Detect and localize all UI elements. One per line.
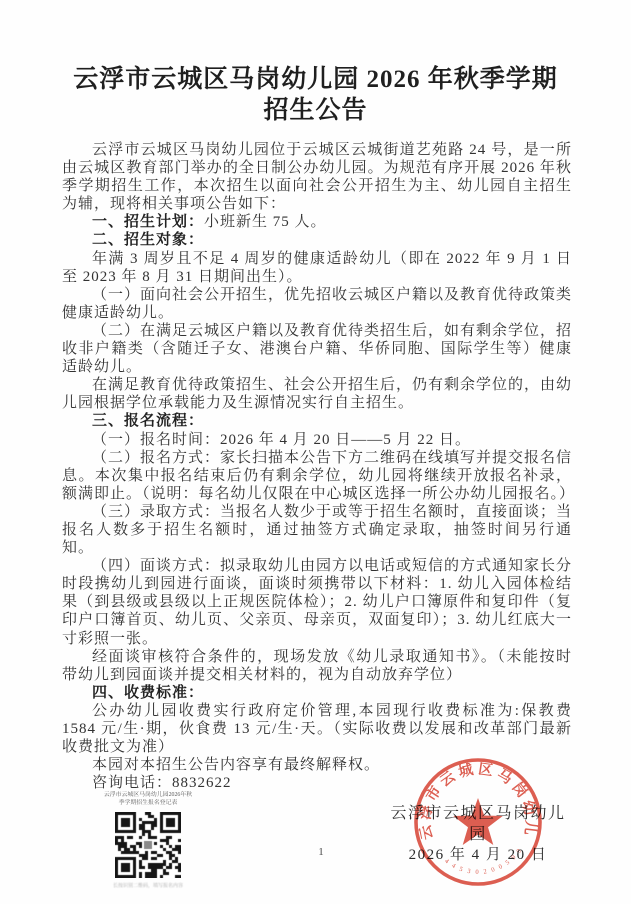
paragraph: （二）在满足云城区户籍以及教育优待类招生后，如有剩余学位，招收非户籍类（含随迁子… — [62, 322, 572, 376]
paragraph-text: （四）面谈方式：拟录取幼儿由园方以电话或短信的方式通知家长分时段携幼儿到园进行面… — [62, 558, 572, 646]
paragraph: 年满 3 周岁且不足 4 周岁的健康适龄幼儿（即在 2022 年 9 月 1 日… — [62, 250, 572, 286]
paragraph-text: 咨询电话：8832622 — [92, 775, 232, 791]
paragraph: （一）面向社会公开招生，优先招收云城区户籍以及教育优待政策类健康适龄幼儿。 — [62, 286, 572, 322]
paragraph: （一）报名时间：2026 年 4 月 20 日——5 月 22 日。 — [62, 431, 572, 449]
paragraph-lead: 三、报名流程： — [92, 412, 204, 429]
document-page: 云浮市云城区马岗幼儿园 2026 年秋季学期招生公告 云浮市云城区马岗幼儿园位于… — [0, 0, 631, 904]
paragraph: 云浮市云城区马岗幼儿园位于云城区云城街道艺苑路 24 号，是一所由云城区教育部门… — [62, 141, 572, 213]
paragraph-text: 经面谈审核符合条件的，现场发放《幼儿录取通知书》。（未能按时带幼儿到园面谈并提交… — [62, 649, 572, 683]
paragraph-text: 在满足教育优待政策招生、社会公开招生后，仍有剩余学位的，由幼儿园根据学位承载能力… — [62, 377, 572, 411]
paragraph: 在满足教育优待政策招生、社会公开招生后，仍有剩余学位的，由幼儿园根据学位承载能力… — [62, 376, 572, 412]
paragraph-text: 公办幼儿园收费实行政府定价管理,本园现行收费标准为:保教费 1584 元/生·期… — [62, 703, 572, 755]
doc-title: 云浮市云城区马岗幼儿园 2026 年秋季学期招生公告 — [0, 0, 631, 126]
paragraph: 本园对本招生公告内容享有最终解释权。 — [62, 756, 572, 774]
signature-date: 2026 年 4 月 20 日 — [383, 845, 573, 866]
doc-title-line2: 招生公告 — [263, 97, 367, 124]
page-number: 1 — [306, 846, 336, 858]
paragraph: 公办幼儿园收费实行政府定价管理,本园现行收费标准为:保教费 1584 元/生·期… — [62, 702, 572, 756]
paragraph: （二）报名方式：家长扫描本公告下方二维码在线填写并提交报名信息。本次集中报名结束… — [62, 449, 572, 503]
paragraph-text: （二）报名方式：家长扫描本公告下方二维码在线填写并提交报名信息。本次集中报名结束… — [62, 450, 575, 502]
paragraph-lead: 四、收费标准： — [92, 684, 204, 701]
paragraph: （四）面谈方式：拟录取幼儿由园方以电话或短信的方式通知家长分时段携幼儿到园进行面… — [62, 557, 572, 647]
paragraph-text: （三）录取方式：当报名人数少于或等于招生名额时，直接面谈；当报名人数多于招生名额… — [62, 504, 572, 556]
paragraph-text: （二）在满足云城区户籍以及教育优待类招生后，如有剩余学位，招收非户籍类（含随迁子… — [62, 323, 572, 375]
paragraph-lead: 二、招生对象： — [92, 231, 204, 248]
qr-caption: 云浮市云城区马岗幼儿园2026年秋 季学期招生报名登记表 — [85, 792, 210, 807]
qr-footnote: 长按识别二维码，填写报名内容 — [84, 882, 212, 889]
section-heading: 四、收费标准： — [62, 684, 572, 702]
qr-caption-line2: 季学期招生报名登记表 — [85, 800, 210, 807]
paragraph-text: 小班新生 75 人。 — [204, 214, 327, 230]
signature-org: 云浮市云城区马岗幼儿园 — [383, 803, 573, 845]
paragraph-text: 本园对本招生公告内容享有最终解释权。 — [92, 757, 380, 773]
paragraph: 咨询电话：8832622 — [62, 774, 572, 792]
signature-block: 云浮市云城区马岗幼儿园 2026 年 4 月 20 日 — [383, 803, 573, 866]
paragraph-text: 年满 3 周岁且不足 4 周岁的健康适龄幼儿（即在 2022 年 9 月 1 日… — [62, 251, 572, 285]
paragraph: 经面谈审核符合条件的，现场发放《幼儿录取通知书》。（未能按时带幼儿到园面谈并提交… — [62, 648, 572, 684]
paragraph: （三）录取方式：当报名人数少于或等于招生名额时，直接面谈；当报名人数多于招生名额… — [62, 503, 572, 557]
paragraph-text: （一）面向社会公开招生，优先招收云城区户籍以及教育优待政策类健康适龄幼儿。 — [62, 287, 572, 321]
doc-title-line1: 云浮市云城区马岗幼儿园 2026 年秋季学期 — [73, 66, 558, 93]
section-heading: 二、招生对象： — [62, 231, 572, 249]
qr-block: 云浮市云城区马岗幼儿园2026年秋 季学期招生报名登记表 长按识别二维码，填写报… — [84, 792, 212, 889]
qr-code — [115, 812, 181, 878]
paragraph-text: 云浮市云城区马岗幼儿园位于云城区云城街道艺苑路 24 号，是一所由云城区教育部门… — [62, 142, 572, 212]
paragraph-text: （一）报名时间：2026 年 4 月 20 日——5 月 22 日。 — [92, 432, 471, 448]
qr-caption-line1: 云浮市云城区马岗幼儿园2026年秋 — [85, 792, 210, 799]
paragraph: 一、招生计划：小班新生 75 人。 — [62, 213, 572, 231]
paragraph-lead: 一、招生计划： — [92, 213, 204, 230]
section-heading: 三、报名流程： — [62, 412, 572, 430]
doc-body: 云浮市云城区马岗幼儿园位于云城区云城街道艺苑路 24 号，是一所由云城区教育部门… — [62, 141, 572, 792]
